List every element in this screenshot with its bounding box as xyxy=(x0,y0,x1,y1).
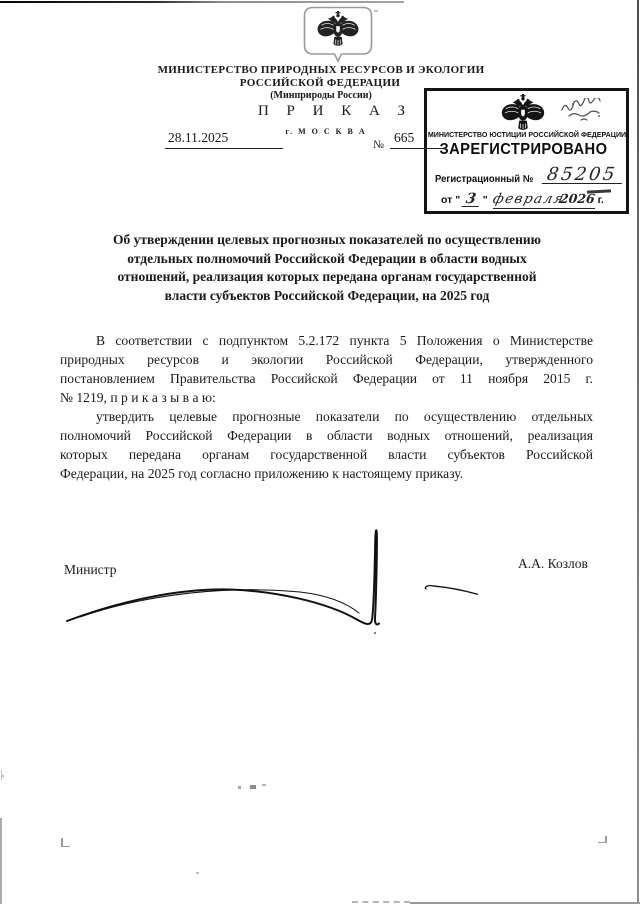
title-line: отдельных полномочий Российской Федераци… xyxy=(60,250,594,269)
scan-artifact-right-border xyxy=(637,0,639,903)
document-type-heading: П Р И К А З xyxy=(258,103,412,120)
title-line: Об утверждении целевых прогнозных показа… xyxy=(60,231,594,250)
body-line: № 1219, п р и к а з ы в а ю: xyxy=(60,388,593,407)
stamp-reg-number-handwritten: 85205 xyxy=(542,167,624,184)
scan-speck xyxy=(238,786,241,789)
stamp-date-year: 2026 xyxy=(559,191,595,206)
stamp-registration-number-row: Регистрационный № 85205 xyxy=(435,169,623,187)
scan-speck xyxy=(262,784,266,786)
ministry-name-line1: МИНИСТЕРСТВО ПРИРОДНЫХ РЕСУРСОВ И ЭКОЛОГ… xyxy=(158,64,485,76)
body-line: которых передана органам государственной… xyxy=(60,445,593,464)
stamp-date-prefix: от xyxy=(441,194,452,206)
coat-of-arms-shield-icon xyxy=(303,6,373,64)
stamp-reg-label: Регистрационный № xyxy=(435,174,533,185)
double-headed-eagle-icon xyxy=(318,11,359,46)
date-underline xyxy=(165,148,283,149)
order-title: Об утверждении целевых прогнозных показа… xyxy=(60,231,594,305)
body-line: Федерации, на 2025 год согласно приложен… xyxy=(60,464,593,483)
ministry-short-name: (Минприроды России) xyxy=(270,90,372,101)
quote-close: " xyxy=(483,194,488,206)
crop-mark-bottom-right xyxy=(598,842,607,844)
order-body: В соответствии с подпунктом 5.2.172 пунк… xyxy=(60,331,593,483)
handwritten-signature xyxy=(60,523,480,637)
stamp-registered-label: ЗАРЕГИСТРИРОВАНО xyxy=(439,141,607,159)
stamp-date-month-handwritten: февраля xyxy=(491,192,566,207)
scan-speck xyxy=(250,785,256,789)
signer-name: А.А. Козлов xyxy=(518,556,588,572)
scan-speck xyxy=(196,872,199,874)
quote-open: " xyxy=(455,194,460,206)
document-date: 28.11.2025 xyxy=(168,130,228,146)
scan-artifact-bottom-dashes xyxy=(352,901,410,903)
ministry-name-line2: РОССИЙСКОЙ ФЕДЕРАЦИИ xyxy=(240,77,400,89)
stamp-date-month-underlined: февраля2026 xyxy=(493,191,595,209)
stamp-date-suffix: г. xyxy=(598,194,604,206)
scan-speck xyxy=(374,10,378,12)
scan-speck xyxy=(2,775,4,777)
scan-artifact-bottom-line xyxy=(410,902,640,904)
body-line: В соответствии с подпунктом 5.2.172 пунк… xyxy=(60,331,593,350)
document-number: 665 xyxy=(394,130,414,146)
registration-stamp: МИНИСТЕРСТВО ЮСТИЦИИ РОССИЙСКОЙ ФЕДЕРАЦИ… xyxy=(424,88,629,214)
number-sign: № xyxy=(373,139,384,151)
body-line: полномочий Российской Федерации в област… xyxy=(60,426,593,445)
city-label: г. М О С К В А xyxy=(285,127,366,136)
stamp-agency-name: МИНИСТЕРСТВО ЮСТИЦИИ РОССИЙСКОЙ ФЕДЕРАЦИ… xyxy=(427,130,625,139)
scanned-document-page: МИНИСТЕРСТВО ПРИРОДНЫХ РЕСУРСОВ И ЭКОЛОГ… xyxy=(0,0,640,905)
stamp-eagle-icon xyxy=(499,94,547,134)
stamp-date-day-handwritten: 3 xyxy=(462,192,481,207)
number-underline xyxy=(390,148,446,149)
title-line: отношений, реализация которых передана о… xyxy=(60,268,594,287)
handwritten-mark-icon xyxy=(559,98,607,124)
crop-mark-bottom-left xyxy=(61,846,70,848)
stamp-date-row: от " 3 " февраля2026 г. xyxy=(441,191,604,209)
title-line: власти субъектов Российской Федерации, н… xyxy=(60,287,594,306)
body-line: утвердить целевые прогнозные показатели … xyxy=(60,407,593,426)
scan-artifact-top-line xyxy=(0,1,404,3)
scan-artifact-left-line xyxy=(0,818,2,904)
body-line: постановлением Правительства Российской … xyxy=(60,369,593,388)
body-line: природных ресурсов и экологии Российской… xyxy=(60,350,593,369)
